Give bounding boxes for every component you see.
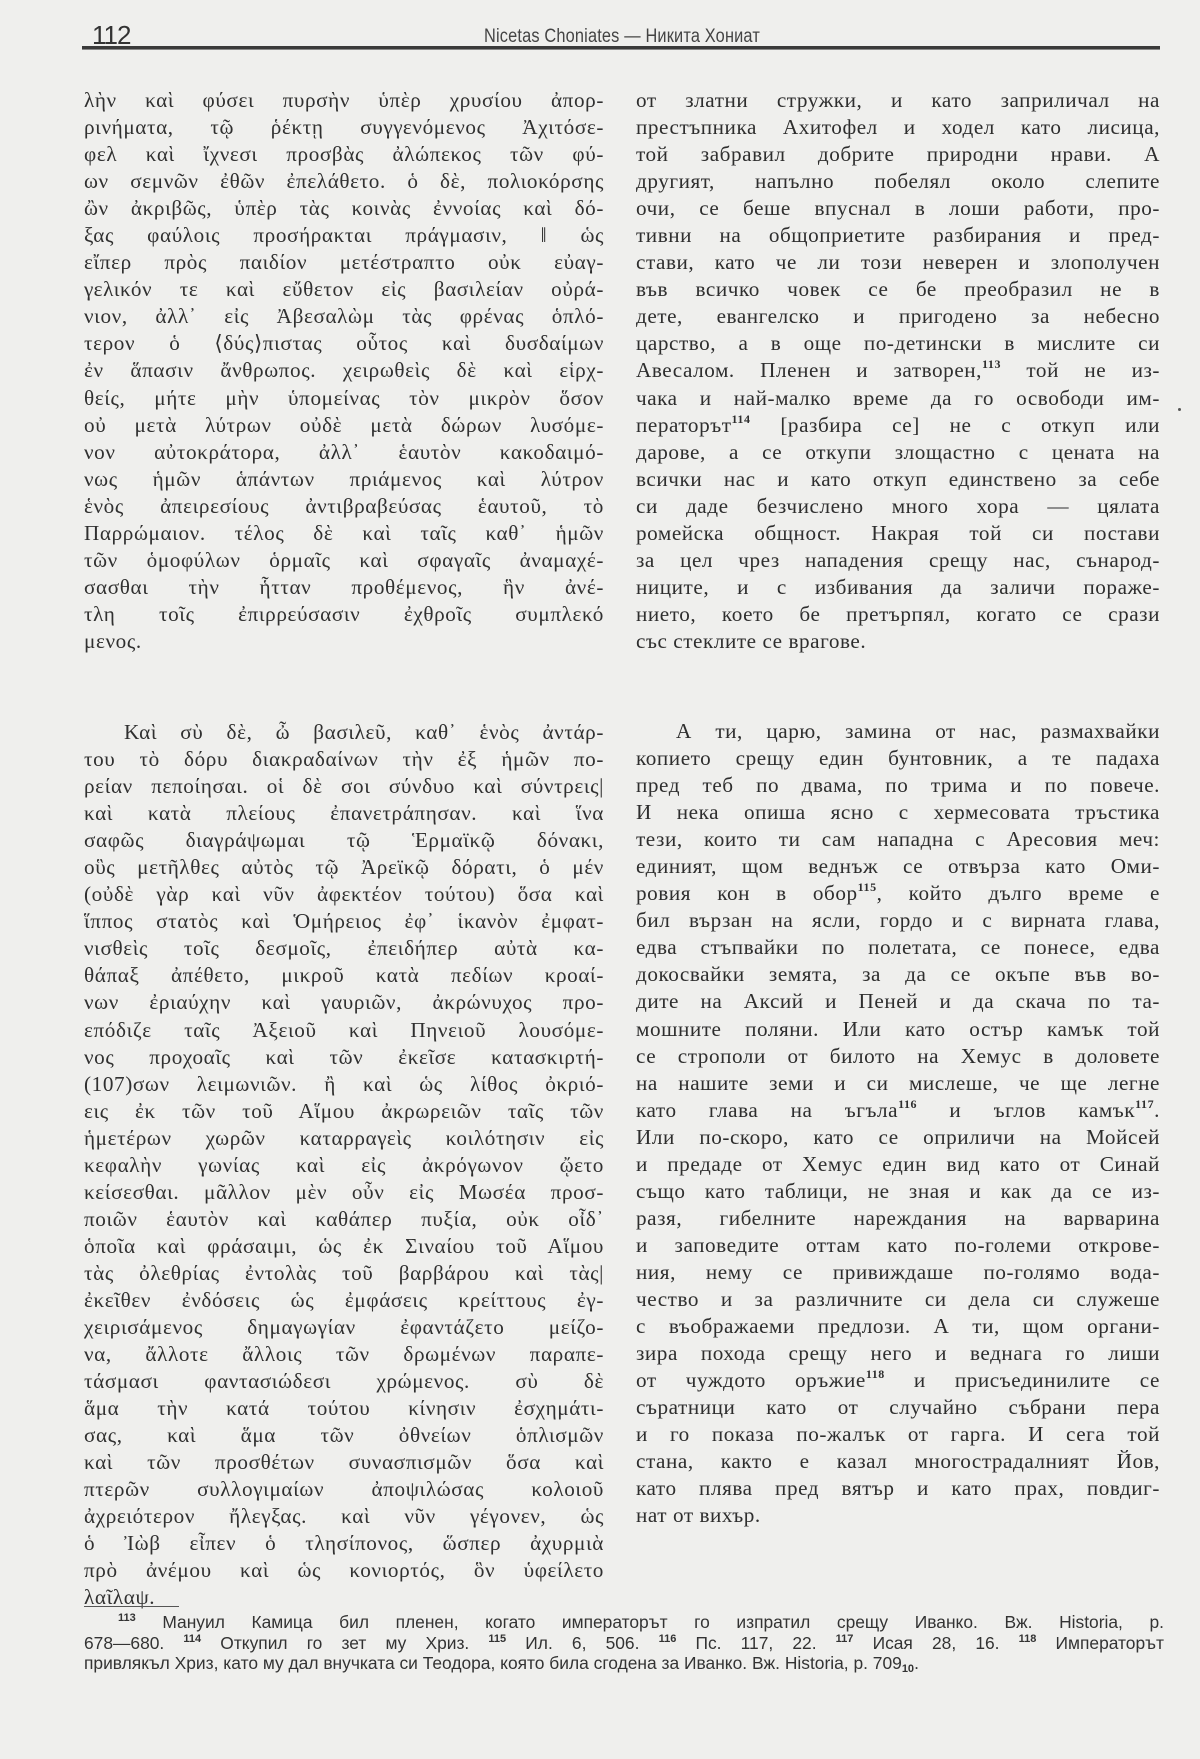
text-line: ния, нему се привиждаше по-голямо вода-: [636, 1259, 1160, 1286]
text-line: γελικόν τε καὶ εὔθετον εἰς βασιλείαν οὐρ…: [84, 276, 604, 303]
text-line: ἵππος στατὸς καὶ Ὁμήρειος ἐφ᾽ ἱκανὸν ἐμφ…: [84, 908, 604, 935]
text-line: и го показа по-жалък от гарга. И сега то…: [636, 1421, 1160, 1448]
text-line: κείσεσθαι. μᾶλλον μὲν οὖν εἰς Μωσέα προσ…: [84, 1179, 604, 1206]
text-line: σασθαι τὴν ἧτταν προθέμενος, ἣν ἀνέ-: [84, 574, 604, 601]
paragraph-gap: [636, 655, 1160, 718]
text-line: πρὸ ἀνέμου καὶ ὡς κονιορτός, ὃν ὑφείλετο: [84, 1557, 604, 1584]
text-line: пред теб по двама, по трима и по повече.: [636, 772, 1160, 799]
translation-paragraph: А ти, царю, замина от нас, размахвайкико…: [636, 718, 1160, 1529]
text-line: ниците, и с избивания да заличи пораже-: [636, 574, 1160, 601]
text-line: του τὸ δόρυ διακραδαίνων τὴν ἐξ ἡμῶν πο-: [84, 746, 604, 773]
text-line: ποιῶν ἑαυτὸν καὶ καθάπερ πυξία, οὐκ οἶδ᾽: [84, 1206, 604, 1233]
text-line: εις ἐκ τῶν τοῦ Αἵμου ἀκρωρειῶν ταῖς τῶν: [84, 1098, 604, 1125]
footnote-reference: 118: [866, 1367, 885, 1381]
text-line: τερον ὁ ⟨δύς⟩πιστας οὗτος καὶ δυσδαίμων: [84, 330, 604, 357]
text-line: тези, които ти сам нападна с Аресовия ме…: [636, 826, 1160, 853]
footnote-number: 118: [1019, 1633, 1037, 1645]
text-line: във всичко човек се бе преобразил не в: [636, 276, 1160, 303]
text-line: νισθεὶς τοῖς δεσμοῖς, ἐπειδήπερ αὐτὰ κα-: [84, 935, 604, 962]
text-line: τὰς ὀλεθρίας ἐντολὰς τοῦ βαρβάρου καὶ τὰ…: [84, 1260, 604, 1287]
text-line: ξας φαύλοις προσήρακται πράγμασιν, ‖ ὡς: [84, 222, 604, 249]
text-line: θάπαξ ἀπέθετο, μικροῦ κατὰ πεδίων κροαί-: [84, 962, 604, 989]
text-line: οὓς μετῆλθες αὐτὸς τῷ Ἀρεϊκῷ δόρατι, ὁ μ…: [84, 854, 604, 881]
text-line: царство, а в още по-детински в мислите с…: [636, 330, 1160, 357]
text-line: Авесалом. Пленен и затворен,113 той не и…: [636, 357, 1160, 384]
text-line: Или по-скоро, като се оприличи на Мойсей: [636, 1124, 1160, 1151]
footnote-reference: 117: [1135, 1097, 1154, 1111]
text-line: нието, което бе претърпял, когато се сра…: [636, 601, 1160, 628]
text-line: θείς, μήτε μὴν ὑπομείνας τὸν μικρὸν ὅσον: [84, 385, 604, 412]
text-line: и предаде от Хемус един вид като от Сина…: [636, 1151, 1160, 1178]
footnote-number: 117: [836, 1633, 854, 1645]
text-line: с въображаеми предлози. А ти, щом органи…: [636, 1313, 1160, 1340]
greek-paragraph: λὴν καὶ φύσει πυρσὴν ὑπὲρ χρυσίου ἀπορ-ρ…: [84, 87, 604, 655]
running-title: Nicetas Choniates — Никита Хониат: [158, 26, 1087, 48]
text-line: νον αὐτοκράτορα, ἀλλ᾽ ἑαυτὸν κακοδαιμό-: [84, 439, 604, 466]
text-line: νος προχοαῖς καὶ τῶν ἐκεῖσε κατασκιρτή-: [84, 1044, 604, 1071]
text-line: νιον, ἀλλ᾽ εἰς Ἀβεσαλὼμ τὰς φρένας ὁπλό-: [84, 303, 604, 330]
text-line: всички нас и като откуп единствено за се…: [636, 466, 1160, 493]
text-line: ἐκεῖθεν ἐνδόσεις ὡς ἐμφάσεις κρείττους ἐ…: [84, 1287, 604, 1314]
subscript: 10: [902, 1663, 914, 1675]
text-line: ἅμα τὴν κατά τούτου κίνησιν ἐσχημάτι-: [84, 1395, 604, 1422]
text-line: χειρισάμενος δημαγωγίαν ἐφαντάζετο μείζο…: [84, 1314, 604, 1341]
text-line: очи, се беше впуснал в лоши работи, про-: [636, 195, 1160, 222]
text-line: Παρρώμαιον. τέλος δὲ καὶ ταῖς καθ᾽ ἡμῶν: [84, 520, 604, 547]
text-line: τλη τοῖς ἐπιρρεύσασιν ἐχθροῖς συμπλεκό: [84, 601, 604, 628]
text-line: и заповедите оттам като по-големи откров…: [636, 1232, 1160, 1259]
text-line: καὶ τῶν προσθέτων συνασπισμῶν ὅσα καὶ: [84, 1449, 604, 1476]
footnote-line: привлякъл Хриз, като му дал внучката си …: [84, 1653, 1164, 1674]
text-line: със стеклите се врагове.: [636, 628, 1160, 655]
paragraph-gap: [84, 655, 604, 719]
text-line: ρείαν πεποίησαι. οἱ δὲ σοι σύνδυο καὶ σύ…: [84, 773, 604, 800]
text-line: (οὐδὲ γὰρ καὶ νῦν ἀφεκτέον τούτου) ὅσα κ…: [84, 881, 604, 908]
text-line: дарове, а се откупи злощастно с цената н…: [636, 439, 1160, 466]
text-line: νως ἡμῶν ἁπάντων πριάμενος καὶ λύτρον: [84, 466, 604, 493]
text-line: мошните поляни. Или като остър камък той: [636, 1016, 1160, 1043]
text-line: от чуждото оръжие118 и присъединилите се: [636, 1367, 1160, 1394]
text-line: нат от вихър.: [636, 1502, 1160, 1529]
text-line: стави, като че ли този неверен и злополу…: [636, 249, 1160, 276]
footnote-number: 113: [118, 1612, 136, 1624]
text-line: дете, евангелско и пригодено за небесно: [636, 303, 1160, 330]
footnote-reference: 115: [858, 880, 877, 894]
text-line: ὁποῖα καὶ φράσαιμι, ὡς ἐκ Σιναίου τοῦ Αἵ…: [84, 1233, 604, 1260]
bulgarian-translation-column: от златни стружки, и като заприличал нап…: [636, 87, 1160, 1529]
text-line: от златни стружки, и като заприличал на: [636, 87, 1160, 114]
text-line: чака и най-малко време да го освободи им…: [636, 385, 1160, 412]
text-line: εἴπερ πρὸς παιδίον μετέστραπτο οὐκ εὐαγ-: [84, 249, 604, 276]
text-line: той забравил добрите природни нрави. А: [636, 141, 1160, 168]
margin-mark: [1178, 408, 1181, 411]
text-line: σαφῶς διαγράψωμαι τῷ Ἑρμαϊκῷ δόνακι,: [84, 827, 604, 854]
text-line: οὐ μετὰ λύτρων οὐδὲ μετὰ δώρων λυσόμε-: [84, 412, 604, 439]
text-line: κεφαλὴν γωνίας καὶ εἰς ἀκρόγωνον ᾤετο: [84, 1152, 604, 1179]
text-line: си даде безчислено много хора — цялата: [636, 493, 1160, 520]
text-line: копието срещу един бунтовник, а те падах…: [636, 745, 1160, 772]
greek-paragraph: Καὶ σὺ δὲ, ὦ βασιλεῦ, καθ᾽ ἑνὸς ἀντάρ-το…: [84, 719, 604, 1612]
text-line: едва стъпвайки по полетата, се понесе, е…: [636, 934, 1160, 961]
text-line: επόδιζε ταῖς Ἀξειοῦ καὶ Πηνειοῦ λουσόμε-: [84, 1017, 604, 1044]
text-line: καὶ κατὰ πλείους ἐπανετράπησαν. καὶ ἵνα: [84, 800, 604, 827]
text-line: престъпника Ахитофел и ходел като лисица…: [636, 114, 1160, 141]
footnote-number: 116: [659, 1633, 677, 1645]
text-line: ρινήματα, τῷ ῥέκτῃ συγγενόμενος Ἀχιτόσε-: [84, 114, 604, 141]
text-line: νων ἐριαύχην καὶ γαυριῶν, ἀκρώνυχος προ-: [84, 989, 604, 1016]
text-line: τῶν ὁμοφύλων ὁρμαῖς καὶ σφαγαῖς ἀναμαχέ-: [84, 547, 604, 574]
text-line: И нека опиша ясно с хермесовата тръстика: [636, 799, 1160, 826]
text-line: съратници като от случайно събрани пера: [636, 1394, 1160, 1421]
text-line: λὴν καὶ φύσει πυρσὴν ὑπὲρ χρυσίου ἀπορ-: [84, 87, 604, 114]
footnote-reference: 114: [732, 412, 751, 426]
text-line: единият, щом веднъж се отвърза като Оми-: [636, 853, 1160, 880]
text-line: (107)σων λειμωνιῶν. ἢ καὶ ὡς λίθος ὀκριό…: [84, 1071, 604, 1098]
text-line: τάσμασι φαντασιώδεσι χρώμενος. σὺ δὲ: [84, 1368, 604, 1395]
translation-paragraph: от златни стружки, и като заприличал нап…: [636, 87, 1160, 655]
greek-text-column: λὴν καὶ φύσει πυρσὴν ὑπὲρ χρυσίου ἀπορ-ρ…: [84, 87, 604, 1612]
text-line: дите на Аксий и Пеней и да скача по та-: [636, 988, 1160, 1015]
text-line: тивни на общоприетите разбирания и пред-: [636, 222, 1160, 249]
text-line: също като таблици, не зная и как да се и…: [636, 1178, 1160, 1205]
text-line: като плява пред вятър и като прах, повди…: [636, 1475, 1160, 1502]
text-line: ромейска общност. Накрая той си постави: [636, 520, 1160, 547]
text-line: μενος.: [84, 628, 604, 655]
text-line: σας, καὶ ἅμα τῶν ὀθνείων ὁπλισμῶν: [84, 1422, 604, 1449]
text-line: ὁ Ἰὼβ εἶπεν ὁ τλησίπονος, ὥσπερ ἀχυρμιὰ: [84, 1530, 604, 1557]
text-line: се строполи от билото на Хемус в доловет…: [636, 1043, 1160, 1070]
text-line: ператорът114 [разбира се] не с откуп или: [636, 412, 1160, 439]
text-line: ἑνὸς ἀπειρεσίους ἀντιβραβεύσας ἑαυτοῦ, τ…: [84, 493, 604, 520]
footnotes: 113 Мануил Камица бил пленен, когато имп…: [84, 1606, 1164, 1674]
footnote-number: 115: [488, 1633, 506, 1645]
text-line: за цел чрез нападения срещу нас, сънарод…: [636, 547, 1160, 574]
text-line: бил вързан на ясли, гордо и с вирната гл…: [636, 907, 1160, 934]
text-line: ἡμετέρων χωρῶν καταρραγεὶς κοιλότησιν εἰ…: [84, 1125, 604, 1152]
text-line: να, ἄλλοτε ἄλλοις τῶν δρωμένων παραπε-: [84, 1341, 604, 1368]
text-line: ἀχρειότερον ἤλεγξας. καὶ νῦν γέγονεν, ὡς: [84, 1503, 604, 1530]
footnote-line: 113 Мануил Камица бил пленен, когато имп…: [84, 1612, 1164, 1633]
text-line: ἐν ἅπασιν ἄνθρωπος. χειρωθεὶς δὲ καὶ εἱρ…: [84, 357, 604, 384]
footnote-line: 678—680. 114 Откупил го зет му Хриз. 115…: [84, 1633, 1164, 1654]
text-line: ὢν ἀκριβῶς, ὑπὲρ τὰς κοινὰς ἐννοίας καὶ …: [84, 195, 604, 222]
text-line: разя, гибелните нареждания на варварина: [636, 1205, 1160, 1232]
text-line: докосвайки земята, за да се окъпе във во…: [636, 961, 1160, 988]
text-line: другият, напълно побелял около слепите: [636, 168, 1160, 195]
text-line: стана, както е казал многострадалният Йо…: [636, 1448, 1160, 1475]
text-line: ων σεμνῶν ἐθῶν ἐπελάθετο. ὁ δὲ, πολιοκόρ…: [84, 168, 604, 195]
text-line: на нашите земи и си мислеше, че ще легне: [636, 1070, 1160, 1097]
text-line: Καὶ σὺ δὲ, ὦ βασιλεῦ, καθ᾽ ἑνὸς ἀντάρ-: [84, 719, 604, 746]
page-header: 112 Nicetas Choniates — Никита Хониат: [82, 18, 1162, 58]
footnote-reference: 113: [982, 357, 1001, 371]
text-line: чество и за различните си дела си служеш…: [636, 1286, 1160, 1313]
text-line: φελ καὶ ἴχνεσι προσβὰς ἀλώπεκος τῶν φύ-: [84, 141, 604, 168]
text-line: като глава на ъгъла116 и ъглов камък117.: [636, 1097, 1160, 1124]
text-line: ровия кон в обор115, който дълго време е: [636, 880, 1160, 907]
footnote-number: 114: [183, 1633, 201, 1645]
footnote-reference: 116: [898, 1097, 917, 1111]
text-line: зира похода срещу него и веднага го лиши: [636, 1340, 1160, 1367]
text-line: А ти, царю, замина от нас, размахвайки: [636, 718, 1160, 745]
header-rule: [82, 46, 1160, 50]
text-line: πτερῶν συλλογιμαίων ἀποψιλώσας κολοιοῦ: [84, 1476, 604, 1503]
